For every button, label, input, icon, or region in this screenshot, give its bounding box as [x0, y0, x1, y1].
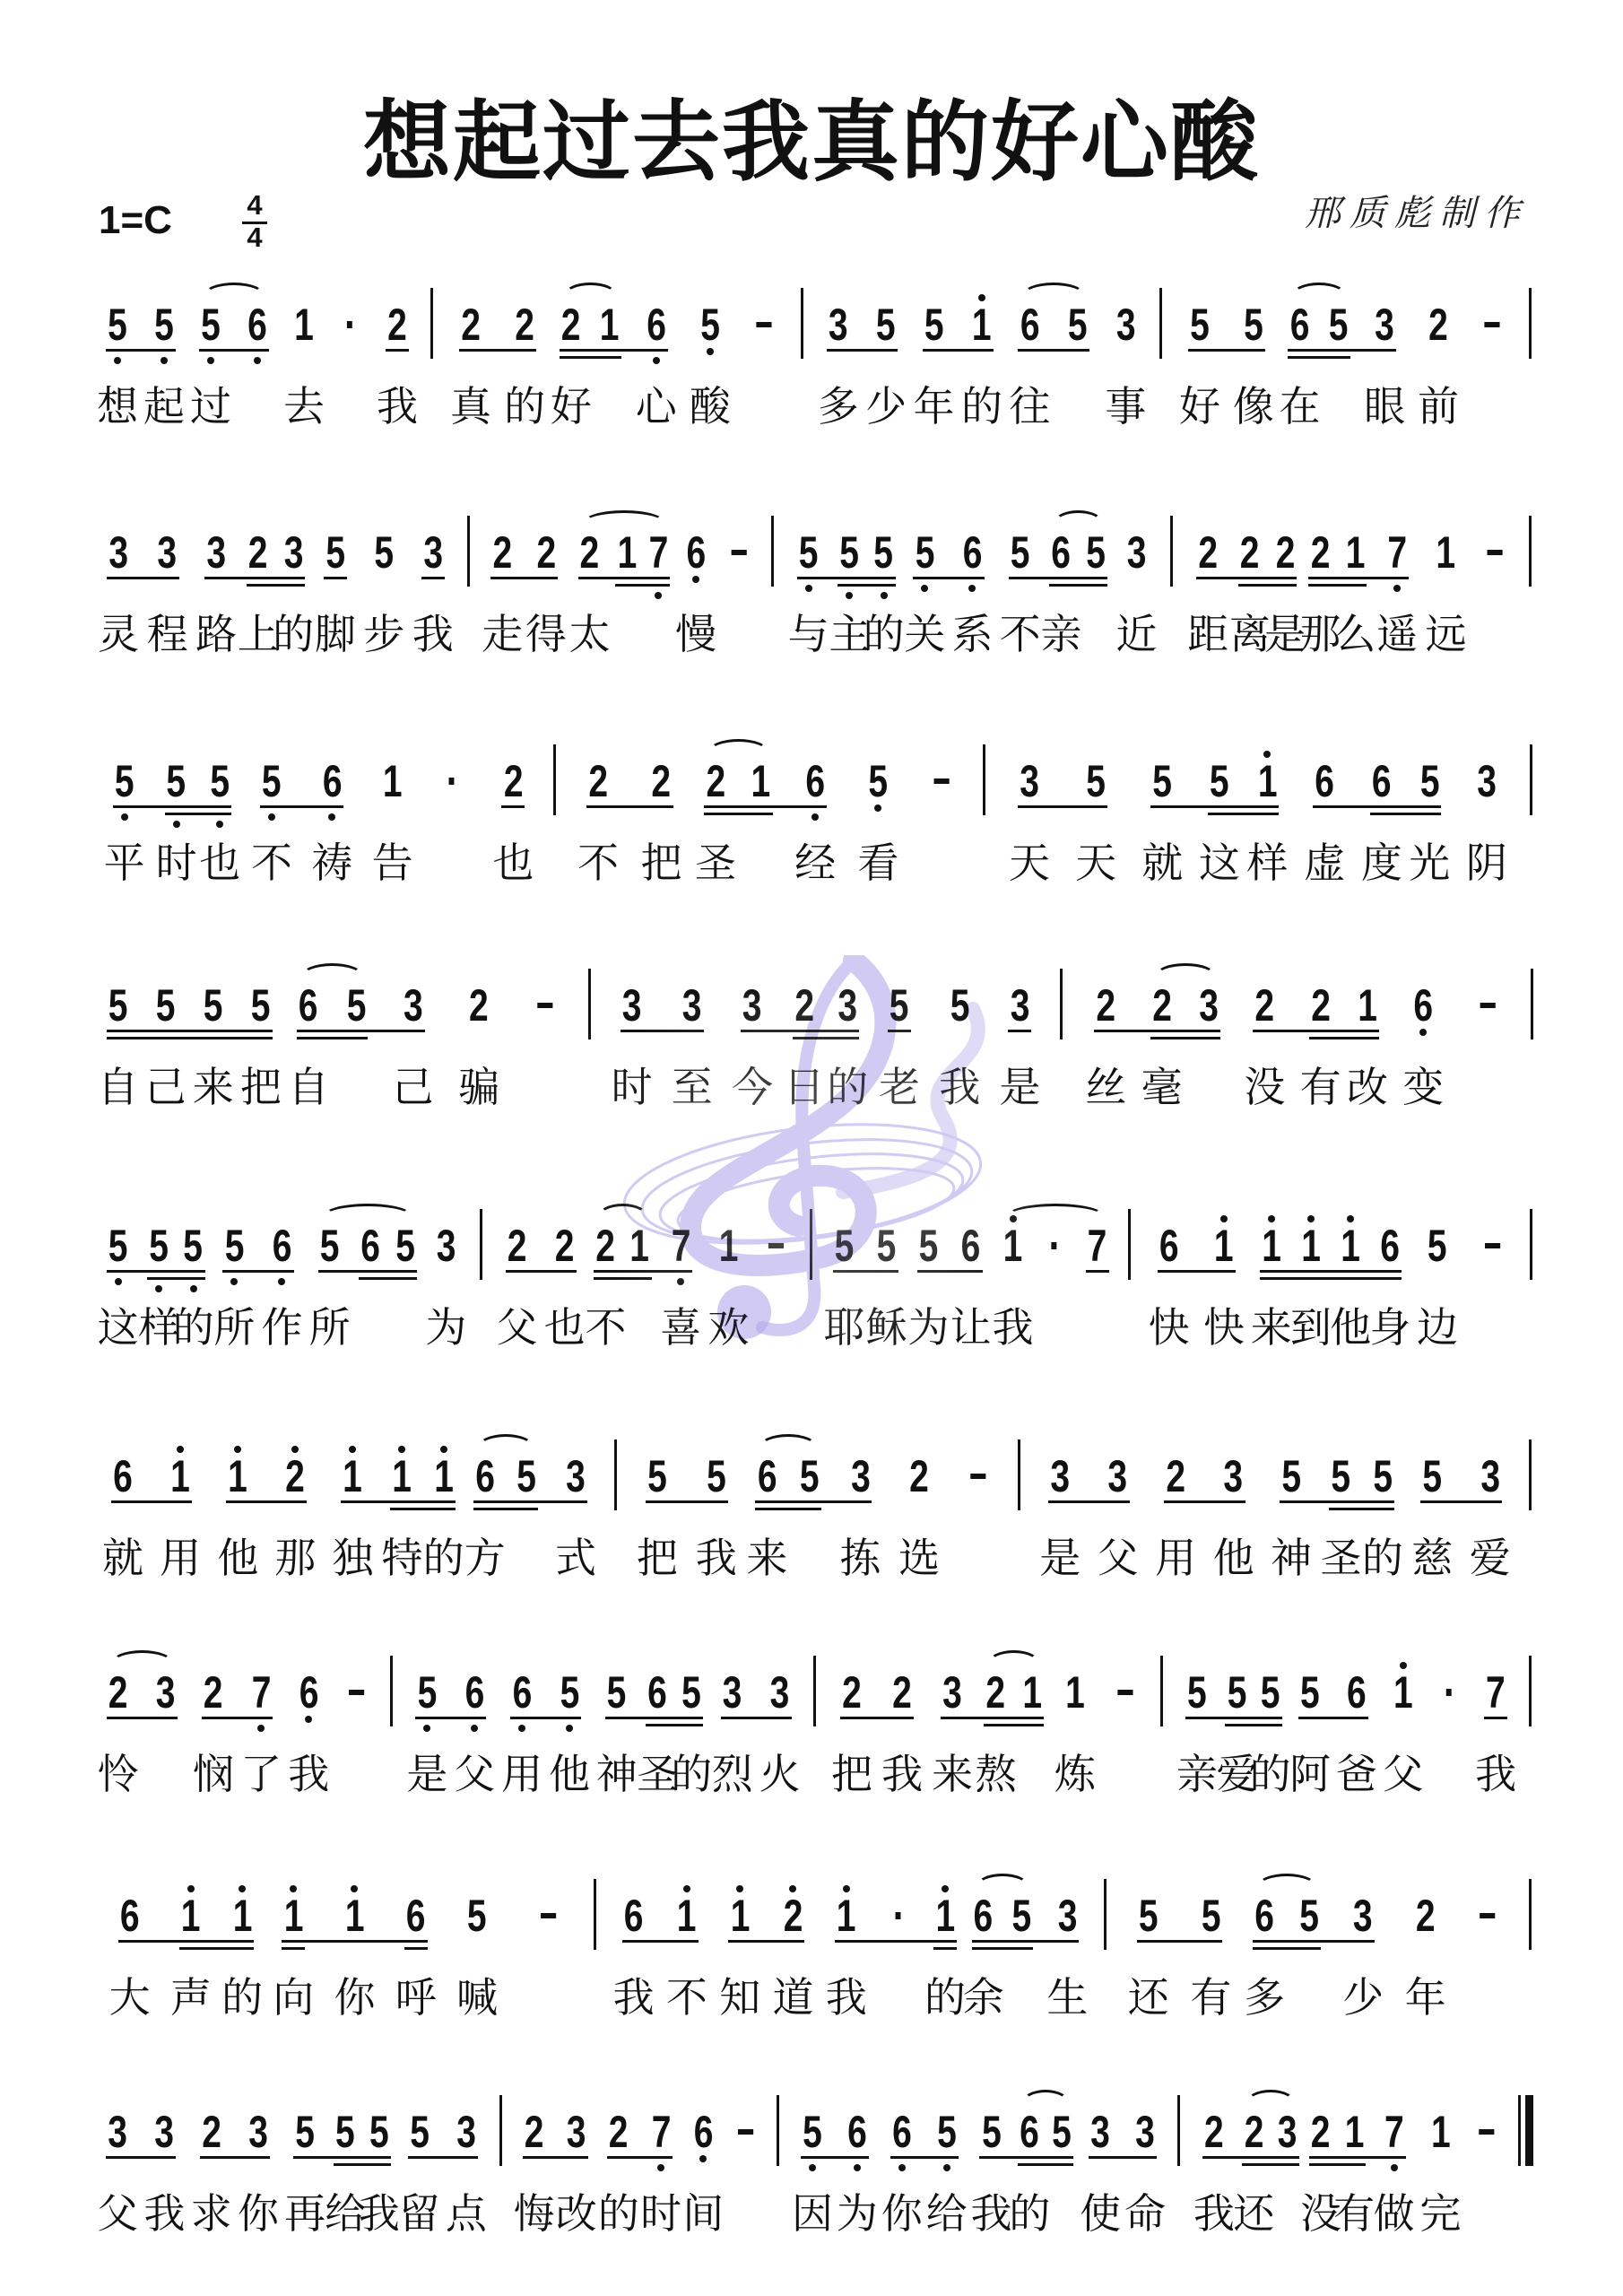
duration-underline — [1196, 1270, 1236, 1273]
duration-underline — [578, 577, 612, 579]
note-glyph: 3 — [428, 1229, 464, 1263]
note: 1的 — [926, 1872, 965, 1970]
note-glyph: 6 — [1148, 1229, 1191, 1263]
note: 2也 — [483, 737, 543, 836]
lyric-syllable: 他 — [1213, 1535, 1254, 1581]
duration-underline — [506, 1500, 547, 1503]
lyric-syllable: 父 — [497, 1304, 538, 1351]
note-glyph: 5 — [401, 2115, 438, 2149]
lyric-syllable: 我 — [1475, 1751, 1516, 1797]
lyric-syllable: 把 — [637, 1535, 678, 1581]
note-glyph: 5 — [203, 764, 237, 798]
lyric-syllable: 有 — [1190, 1974, 1231, 2021]
note: 1样 — [1244, 737, 1291, 836]
note-glyph: 6 — [751, 1459, 784, 1493]
note-glyph: 3 — [197, 535, 235, 570]
note-glyph: 2 — [1239, 988, 1290, 1022]
duration-underline — [831, 1500, 872, 1503]
octave-dot-below — [1391, 2164, 1398, 2171]
note-glyph: 1 — [1249, 764, 1287, 798]
lyric-syllable: 步 — [363, 611, 404, 657]
duration-underline — [1185, 1037, 1220, 1039]
octave-dot-below — [692, 576, 699, 583]
duration-underline — [1150, 805, 1195, 808]
duration-underline — [1158, 1270, 1197, 1273]
octave-dot-below — [257, 1725, 265, 1732]
note-glyph: 5 — [366, 2115, 392, 2149]
note-glyph: 5 — [1186, 1899, 1235, 1933]
duration-underline — [1268, 584, 1298, 587]
note-glyph: 3 — [933, 1675, 972, 1709]
note: 6作 — [258, 1202, 306, 1300]
duration-underline — [1309, 1037, 1344, 1039]
note-glyph: 5 — [1002, 535, 1038, 570]
note: 2丝 — [1073, 961, 1139, 1060]
note: 3生 — [1041, 1872, 1094, 1970]
note-glyph: 3 — [414, 535, 452, 570]
slur-arc — [583, 510, 666, 535]
note-glyph: 3 — [146, 2115, 183, 2149]
note: 3改 — [555, 2088, 597, 2187]
lyric-syllable: 经 — [794, 839, 836, 886]
lyric-syllable: 我 — [412, 611, 454, 657]
note-glyph: 5 — [449, 1899, 505, 1933]
duration-underline — [1338, 577, 1373, 579]
duration-underline — [755, 1500, 788, 1503]
note-glyph: 5 — [193, 308, 230, 342]
note-glyph: 3 — [761, 1675, 798, 1709]
lyric-syllable: 的 — [423, 1535, 464, 1581]
note: 3点 — [443, 2088, 490, 2187]
note-glyph: 6 — [456, 1675, 493, 1709]
note-glyph: 3 — [1339, 1899, 1387, 1933]
lyric-syllable: 所 — [309, 1304, 351, 1351]
lyric-syllable: 不 — [1000, 611, 1041, 657]
note-glyph: 6 — [290, 988, 326, 1022]
note: 5这 — [1195, 737, 1243, 836]
duration-underline — [142, 1717, 178, 1719]
lyric-syllable: 系 — [951, 611, 993, 657]
note: 3的 — [826, 961, 869, 1060]
note-glyph: 2 — [450, 308, 492, 342]
lyric-syllable: 点 — [446, 2190, 487, 2237]
lyric-syllable: 来 — [746, 1535, 787, 1581]
note: 5脚 — [311, 509, 360, 607]
lyric-syllable: 间 — [682, 2190, 724, 2237]
note-glyph: 2 — [1307, 2115, 1333, 2149]
note-glyph: 3 — [1461, 764, 1513, 798]
duration-underline — [1137, 1940, 1180, 1943]
note: 1用 — [152, 1432, 209, 1531]
note-glyph: 5 — [365, 535, 403, 570]
duration-underline — [226, 1500, 266, 1503]
measure: 5亲5爱5的5阿6爸1父·7我 — [1163, 1648, 1532, 1747]
octave-dot-below — [653, 357, 660, 364]
duration-underline — [237, 1030, 273, 1032]
note: 5神 — [1263, 1432, 1320, 1531]
score-row: 6就1用1他2那1独1特1的6方53式5把5我6来53拣2选-3是3父2用3他5… — [94, 1432, 1532, 1585]
duration-underline — [1180, 1940, 1223, 1943]
lyric-syllable: 己 — [145, 1064, 187, 1110]
note: 5起 — [141, 281, 187, 379]
duration-underline — [1268, 577, 1298, 579]
duration-underline — [341, 1500, 381, 1503]
duration-underline — [877, 1717, 914, 1719]
slur-arc — [301, 963, 363, 988]
lyric-syllable: 余 — [963, 1974, 1004, 2021]
note-glyph: 6 — [102, 1899, 158, 1933]
note-glyph: 3 — [830, 988, 864, 1022]
note: 7遥 — [1373, 509, 1421, 607]
note-glyph: 1 — [710, 1229, 747, 1263]
lyric-syllable: 快 — [1203, 1304, 1245, 1351]
duration-underline — [141, 349, 176, 352]
song-title: 想起过去我真的好心酸 — [0, 93, 1623, 192]
duration-underline — [165, 1940, 216, 1943]
note-glyph: 1 — [327, 1899, 383, 1933]
note-glyph: 3 — [147, 1675, 184, 1709]
duration-underline — [282, 1947, 305, 1950]
lyric-syllable: 就 — [1141, 839, 1183, 886]
octave-dot-below — [811, 813, 819, 821]
note-glyph: 2 — [574, 764, 623, 798]
duration-underline — [1008, 1030, 1031, 1032]
sustain-dash: - — [910, 737, 973, 836]
duration-underline — [165, 813, 198, 815]
note: 2道 — [767, 1872, 820, 1970]
duration-underline — [451, 1717, 486, 1719]
note-glyph: 1 — [1341, 2115, 1367, 2149]
duration-underline — [827, 349, 863, 352]
duration-underline — [421, 577, 445, 579]
lyric-syllable: 父 — [97, 2190, 138, 2237]
note-glyph: 1 — [222, 1899, 263, 1933]
note: 6父 — [451, 1648, 499, 1747]
slur-arc — [564, 283, 617, 308]
note: 5的 — [1362, 1432, 1403, 1531]
duration-underline — [1462, 1500, 1502, 1503]
lyric-syllable: 用 — [501, 1751, 542, 1797]
note: 1你 — [319, 1872, 390, 1970]
octave-dot-below — [566, 1725, 573, 1732]
sustain-dash: - — [1463, 2088, 1510, 2187]
note-glyph: 1 — [930, 1899, 959, 1933]
octave-dot-below — [471, 1725, 478, 1732]
duration-underline — [362, 2163, 391, 2166]
lyric-syllable: 呼 — [395, 1974, 437, 2021]
duration-underline — [783, 1030, 826, 1032]
lyric-syllable: 天 — [1075, 839, 1116, 886]
measure: 5是6父6用5他5神6圣5的3烈3火 — [393, 1648, 816, 1747]
note: 3事 — [1102, 281, 1150, 379]
duration-underline — [258, 1270, 294, 1273]
note: 6快 — [1141, 1202, 1196, 1300]
duration-underline — [423, 1508, 456, 1510]
note-glyph: 5 — [146, 308, 183, 342]
note-glyph: 5 — [195, 988, 231, 1022]
lyric-syllable: 他 — [217, 1535, 258, 1581]
note: 5再 — [282, 2088, 328, 2187]
duration-underline — [1063, 805, 1107, 808]
duration-underline — [547, 1500, 587, 1503]
octave-dot-below — [423, 1725, 430, 1732]
note: 6爸 — [1333, 1648, 1380, 1747]
note-glyph: - — [1462, 532, 1527, 566]
duration-underline — [1237, 2156, 1271, 2159]
lyric-syllable: 悯 — [193, 1751, 234, 1797]
note: 2是 — [1268, 509, 1303, 607]
duration-underline — [1329, 1508, 1361, 1510]
duration-underline — [629, 805, 673, 808]
duration-underline — [1298, 1717, 1333, 1719]
slur-arc — [1022, 283, 1084, 308]
duration-underline — [390, 1940, 428, 1943]
note-glyph: 5 — [678, 1675, 705, 1709]
duration-underline — [801, 2156, 835, 2159]
lyric-syllable: 炼 — [1055, 1751, 1096, 1797]
note-glyph: 1 — [428, 1459, 460, 1493]
note: 1的 — [423, 1432, 464, 1531]
octave-dot-below — [1393, 585, 1401, 592]
duration-underline — [408, 2156, 443, 2159]
lyric-syllable: 让 — [950, 1304, 992, 1351]
duration-underline — [629, 349, 668, 352]
duration-underline — [1196, 577, 1232, 579]
duration-underline — [1253, 1947, 1287, 1950]
measure: 5因6为6你5给5我6的53使3命 — [779, 2088, 1180, 2187]
lyric-syllable: 至 — [672, 1064, 713, 1110]
duration-underline — [333, 1037, 369, 1039]
duration-underline — [328, 2156, 362, 2159]
duration-underline — [333, 1030, 380, 1032]
duration-underline — [1202, 2156, 1237, 2159]
duration-underline — [1086, 1270, 1109, 1273]
duration-underline — [473, 1500, 506, 1503]
lyric-syllable: 圣 — [695, 839, 736, 886]
note-glyph: 3 — [1003, 764, 1055, 798]
note: 1告 — [362, 737, 422, 836]
lyric-syllable: 声 — [170, 1974, 212, 2021]
note-glyph: 1 — [743, 764, 778, 798]
note-glyph: 3 — [820, 308, 857, 342]
note-glyph: 1 — [826, 1899, 867, 1933]
duration-underline — [1338, 584, 1367, 587]
duration-underline — [1260, 1277, 1291, 1280]
duration-underline — [260, 805, 302, 808]
note-glyph: 2 — [882, 1675, 922, 1709]
duration-underline — [107, 577, 143, 579]
duration-underline — [826, 1030, 859, 1032]
lyric-syllable: 亲 — [1176, 1751, 1218, 1797]
note-glyph: 5 — [551, 1675, 587, 1709]
slur-arc — [1006, 1204, 1105, 1229]
lyric-syllable: 不 — [251, 839, 292, 886]
note-glyph: 1 — [286, 308, 323, 342]
duration-underline — [324, 577, 347, 579]
lyric-syllable: 求 — [191, 2190, 232, 2237]
sustain-dash: - — [1100, 1648, 1150, 1747]
lyric-syllable: 前 — [1418, 383, 1459, 430]
note-glyph: 5 — [100, 988, 136, 1022]
lyric-syllable: 你 — [881, 2190, 923, 2237]
duration-underline — [106, 349, 141, 352]
note-glyph: 6 — [1285, 308, 1315, 342]
note: 5天 — [1063, 737, 1129, 836]
lyric-syllable: 平 — [104, 839, 145, 886]
lyric-syllable: 为 — [837, 2190, 878, 2237]
duration-underline — [154, 805, 197, 808]
duration-underline — [359, 1277, 387, 1280]
lyric-syllable: 选 — [898, 1535, 940, 1581]
lyric-syllable: 今 — [732, 1064, 773, 1110]
lyric-syllable: 己 — [393, 1064, 434, 1110]
duration-underline — [728, 1940, 767, 1943]
lyric-syllable: 是 — [999, 1064, 1040, 1110]
note: 5的 — [866, 509, 900, 607]
note-glyph: 1 — [330, 1459, 375, 1493]
note-glyph: 2 — [592, 1229, 619, 1263]
duration-underline — [640, 1717, 674, 1719]
note-glyph: 1 — [1055, 1675, 1095, 1709]
note-glyph: 3 — [1107, 308, 1144, 342]
lyric-syllable: 不 — [666, 1974, 707, 2021]
note: 1知 — [714, 1872, 767, 1970]
lyric-syllable: 慢 — [675, 611, 716, 657]
note-glyph: 5 — [836, 535, 863, 570]
note: 5爱 — [1220, 1648, 1254, 1747]
lyric-syllable: 丝 — [1085, 1064, 1126, 1110]
duration-underline — [784, 805, 827, 808]
measure: 5这5样5的5所6作5所653为 — [94, 1202, 482, 1300]
duration-underline — [1370, 813, 1406, 815]
note-glyph: 6 — [635, 308, 677, 342]
note-glyph: 2 — [637, 764, 686, 798]
note-glyph: 5 — [794, 2115, 829, 2149]
note-glyph: 3 — [1083, 2115, 1118, 2149]
lyric-syllable: 你 — [334, 1974, 375, 2021]
duration-underline — [1287, 1940, 1332, 1943]
note-glyph: 6 — [395, 1899, 436, 1933]
duration-underline — [1079, 577, 1107, 579]
measure: 2距2离2是2那1么7遥1远- — [1173, 509, 1532, 607]
lyric-syllable: 我 — [939, 1064, 980, 1110]
note: 1他 — [209, 1432, 266, 1531]
note-glyph: 5 — [100, 308, 136, 342]
measure: 3是3父2用3他5神5圣5的5慈3爱 — [1020, 1432, 1532, 1531]
note-glyph: 6 — [1398, 988, 1449, 1022]
note-glyph: 5 — [1059, 308, 1097, 342]
lyric-syllable: 少 — [1342, 1974, 1384, 2021]
duration-underline — [1139, 1030, 1185, 1032]
note: 5我 — [687, 1432, 746, 1531]
note-glyph: 5 — [1410, 764, 1448, 798]
measure: 5平5时5也5不6祷1告·2也 — [94, 737, 556, 836]
duration-underline — [1254, 1724, 1282, 1726]
octave-dot-below — [707, 348, 714, 355]
note-glyph: 5 — [1049, 2115, 1074, 2149]
lyric-syllable: 把 — [831, 1751, 872, 1797]
lyric-syllable: 慈 — [1411, 1535, 1453, 1581]
note-glyph: 5 — [974, 2115, 1009, 2149]
lyric-syllable: 烈 — [712, 1751, 753, 1797]
note: 6大 — [94, 1872, 165, 1970]
duration-underline — [643, 584, 671, 587]
duration-underline — [741, 1030, 783, 1032]
note: 3近 — [1113, 509, 1160, 607]
note: 2父 — [493, 1202, 541, 1300]
slur-arc — [478, 1434, 534, 1459]
duration-underline — [266, 1500, 307, 1503]
barline — [1529, 516, 1532, 587]
duration-underline — [1164, 1500, 1204, 1503]
duration-underline — [388, 1277, 417, 1280]
note-glyph: 3 — [1037, 1459, 1082, 1493]
lyric-syllable: 少 — [865, 383, 907, 430]
lyric-syllable: 向 — [273, 1974, 314, 2021]
note-glyph: 2 — [193, 2115, 230, 2149]
lyric-syllable: 怜 — [98, 1751, 139, 1797]
measure: 2丝2毫32没2有1改6变- — [1063, 961, 1533, 1060]
duration-underline — [202, 1717, 238, 1719]
note-glyph: 2 — [897, 1459, 942, 1493]
octave-dot-below — [699, 2155, 707, 2162]
note: 5平 — [94, 737, 154, 836]
augmentation-dot: · — [422, 737, 482, 836]
duration-underline — [1227, 349, 1265, 352]
note-glyph: 3 — [553, 1459, 598, 1493]
note-glyph: 2 — [490, 764, 537, 798]
note-glyph: 5 — [100, 764, 148, 798]
lyric-syllable: 酸 — [690, 383, 731, 430]
duration-underline — [756, 1717, 791, 1719]
duration-underline — [832, 577, 866, 579]
note-glyph: 5 — [1233, 308, 1275, 342]
lyric-syllable: 的 — [924, 1974, 966, 2021]
note-glyph: 1 — [1335, 1229, 1366, 1263]
note: 5就 — [1129, 737, 1195, 836]
note-glyph: 5 — [693, 1459, 739, 1493]
duration-underline — [1242, 2163, 1271, 2166]
note: 6让 — [950, 1202, 992, 1300]
duration-underline — [176, 1270, 204, 1273]
lyric-syllable: 脚 — [315, 611, 356, 657]
note: 2有 — [1298, 961, 1344, 1060]
note: 3来 — [927, 1648, 977, 1747]
duration-underline — [1089, 1500, 1129, 1503]
note-glyph: · — [1038, 1229, 1072, 1263]
note-glyph: 7 — [1378, 535, 1416, 570]
note-glyph: 5 — [100, 1229, 136, 1263]
note: 1么 — [1338, 509, 1373, 607]
lyric-syllable: 有 — [1300, 1064, 1341, 1110]
lyric-syllable: 距 — [1187, 611, 1228, 657]
note: 5是 — [404, 1648, 451, 1747]
note-glyph: 5 — [912, 1229, 945, 1263]
octave-dot-below — [173, 821, 180, 828]
note: 7时 — [640, 2088, 682, 2187]
duration-underline — [217, 1947, 255, 1950]
note-glyph: 5 — [1082, 535, 1109, 570]
note: 5不 — [241, 737, 301, 836]
duration-underline — [1406, 805, 1442, 808]
duration-underline — [1253, 1940, 1287, 1943]
note-glyph: 3 — [669, 988, 716, 1022]
lyric-syllable: 像 — [1233, 383, 1274, 430]
measure: 3时3至3今2日3的5老5我3是 — [591, 961, 1063, 1060]
note-glyph: 3 — [1274, 2115, 1300, 2149]
lyric-syllable: 多 — [1244, 1974, 1285, 2021]
duration-underline — [1013, 2156, 1046, 2159]
